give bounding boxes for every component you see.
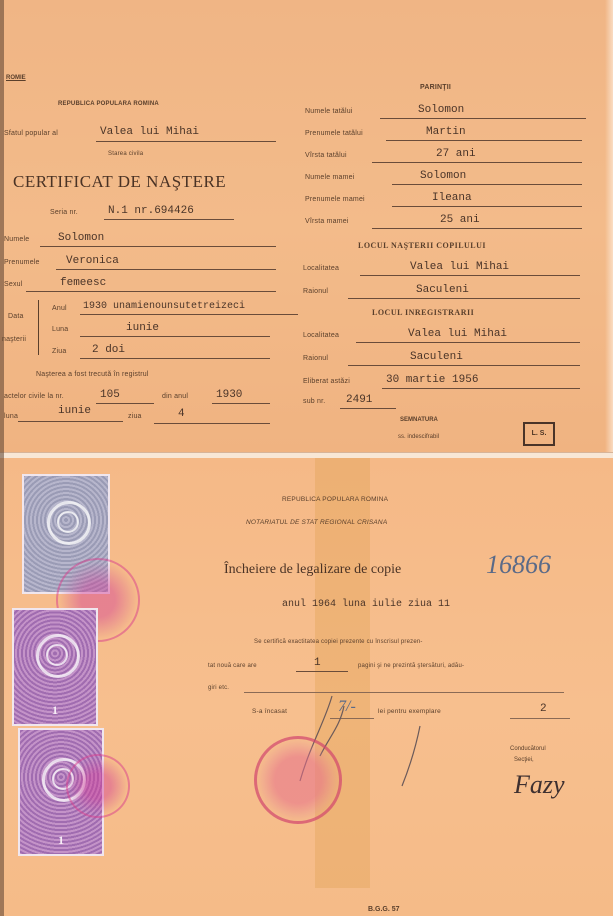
corner-label: ROMIE bbox=[6, 75, 26, 81]
mother-age-value: 25 ani bbox=[440, 214, 480, 226]
birth-place-heading: LOCUL NAŞTERII COPILULUI bbox=[358, 241, 486, 250]
child-first-name-label: Prenumele bbox=[4, 259, 40, 266]
register-month-value: iunie bbox=[58, 405, 91, 417]
council-underline bbox=[96, 141, 276, 142]
birth-certificate: ROMIE REPUBLICA POPULARA ROMINA Sfatul p… bbox=[0, 0, 613, 452]
council-value: Valea lui Mihai bbox=[100, 126, 199, 138]
register-day-value: 4 bbox=[178, 408, 185, 420]
copies-value: 2 bbox=[540, 703, 547, 715]
mother-first-label: Prenumele mamei bbox=[305, 196, 365, 203]
revenue-stamp-2: 1 bbox=[12, 608, 98, 726]
child-surname-label: Numele bbox=[4, 236, 29, 243]
signature-sub: ss. indescifrabil bbox=[398, 434, 439, 440]
father-age-label: Vîrsta tatălui bbox=[305, 152, 347, 159]
child-sex-value: femeesc bbox=[60, 277, 106, 289]
series-label: Seria nr. bbox=[50, 209, 78, 216]
registration-locality-label: Localitatea bbox=[303, 332, 339, 339]
birth-month-label: Luna bbox=[52, 326, 68, 333]
register-month-underline bbox=[18, 421, 123, 422]
issued-number-label: sub nr. bbox=[303, 398, 325, 405]
register-year-label: din anul bbox=[162, 393, 188, 400]
series-value: N.1 nr.694426 bbox=[108, 205, 194, 217]
legalization-body-line-2-start: tat nouă care are bbox=[208, 663, 257, 669]
register-number-underline bbox=[96, 403, 154, 404]
scan-edge-left bbox=[0, 0, 4, 916]
issued-number-underline bbox=[340, 408, 396, 409]
legalization-title: Încheiere de legalizare de copie bbox=[224, 562, 401, 578]
official-seal-icon bbox=[254, 736, 342, 824]
birth-year-label: Anul bbox=[52, 305, 67, 312]
seal-mark-box: L. S. bbox=[523, 422, 555, 446]
father-age-underline bbox=[372, 162, 582, 163]
register-label: actelor civile la nr. bbox=[4, 393, 64, 400]
register-day-underline bbox=[154, 423, 270, 424]
mother-first-value: Ileana bbox=[432, 192, 472, 204]
mother-surname-underline bbox=[392, 184, 582, 185]
notary-label-1: Conducătorul bbox=[510, 746, 546, 752]
series-underline bbox=[104, 219, 234, 220]
birth-locality-value: Valea lui Mihai bbox=[410, 261, 509, 273]
child-surname-value: Solomon bbox=[58, 232, 104, 244]
registration-sentence: Naşterea a fost trecută în registrul bbox=[36, 371, 149, 378]
father-first-underline bbox=[386, 140, 582, 141]
registration-locality-value: Valea lui Mihai bbox=[408, 328, 507, 340]
child-first-name-value: Veronica bbox=[66, 255, 119, 267]
legalization-notary: NOTARIATUL DE STAT REGIONAL CRISANA bbox=[246, 519, 387, 526]
birth-date-group-label-1: Data bbox=[8, 313, 24, 320]
cancel-postmark-icon bbox=[66, 754, 130, 818]
birth-date-bracket bbox=[38, 300, 39, 355]
notary-signature: Fazy bbox=[514, 770, 565, 800]
birth-date-group-label-2: naşterii bbox=[2, 336, 26, 343]
register-year-underline bbox=[212, 403, 270, 404]
certificate-title: CERTIFICAT DE NAŞTERE bbox=[13, 172, 226, 192]
civil-status-label: Starea civila bbox=[108, 151, 143, 157]
issued-number-value: 2491 bbox=[346, 394, 372, 406]
register-number: 105 bbox=[100, 389, 120, 401]
mother-first-underline bbox=[392, 206, 582, 207]
birth-day-value: 2 doi bbox=[92, 344, 125, 356]
signature-label: SEMNATURA bbox=[400, 417, 438, 423]
issued-label: Eliberat astăzi bbox=[303, 378, 350, 385]
father-age-value: 27 ani bbox=[436, 148, 476, 160]
birth-locality-underline bbox=[360, 275, 580, 276]
stamp-value: 1 bbox=[14, 703, 96, 718]
father-surname-label: Numele tatălui bbox=[305, 108, 353, 115]
pages-value: 1 bbox=[314, 657, 321, 669]
birth-year-underline bbox=[80, 314, 298, 315]
registration-district-label: Raionul bbox=[303, 355, 328, 362]
mother-age-underline bbox=[372, 228, 582, 229]
issued-value: 30 martie 1956 bbox=[386, 374, 478, 386]
council-label: Sfatul popular al bbox=[4, 130, 58, 137]
birth-month-value: iunie bbox=[126, 322, 159, 334]
stamp-inner-ring-icon bbox=[57, 511, 79, 533]
legalization-republic: REPUBLICA POPULARA ROMINA bbox=[282, 496, 388, 503]
birth-district-label: Raionul bbox=[303, 288, 328, 295]
birth-year-value: 1930 unamienounsutetreizeci bbox=[83, 301, 245, 312]
register-month-label: luna bbox=[4, 413, 18, 420]
legalization-body-line-1: Se certifică exactitatea copiei prezente… bbox=[254, 639, 423, 645]
mother-surname-value: Solomon bbox=[420, 170, 466, 182]
father-first-label: Prenumele tatălui bbox=[305, 130, 363, 137]
birth-locality-label: Localitatea bbox=[303, 265, 339, 272]
child-sex-underline bbox=[26, 291, 276, 292]
legalization-body-line-2-end: pagini şi ne prezintă ştersături, adău- bbox=[358, 663, 464, 669]
father-first-value: Martin bbox=[426, 126, 466, 138]
footer-code: B.G.G. 57 bbox=[368, 906, 400, 913]
legalization-date-line: anul 1964 luna iulie ziua 11 bbox=[282, 599, 450, 610]
mother-surname-label: Numele mamei bbox=[305, 174, 354, 181]
issued-underline bbox=[382, 388, 580, 389]
birth-district-underline bbox=[348, 298, 580, 299]
legalization-body-line-3: giri etc. bbox=[208, 685, 229, 691]
registration-district-value: Saculeni bbox=[410, 351, 463, 363]
registration-place-heading: LOCUL INREGISTRARII bbox=[372, 308, 474, 317]
birth-day-underline bbox=[80, 358, 270, 359]
pages-underline bbox=[296, 671, 348, 672]
child-first-name-underline bbox=[56, 269, 276, 270]
child-surname-underline bbox=[40, 246, 276, 247]
legalization-certificate: REPUBLICA POPULARA ROMINA NOTARIATUL DE … bbox=[0, 458, 613, 916]
registration-locality-underline bbox=[356, 342, 580, 343]
scan-edge-right bbox=[605, 0, 613, 452]
register-day-label: ziua bbox=[128, 413, 142, 420]
register-year-value: 1930 bbox=[216, 389, 242, 401]
stamp-value: 1 bbox=[20, 833, 102, 848]
republic-header: REPUBLICA POPULARA ROMINA bbox=[58, 101, 159, 107]
parents-heading: PARINŢII bbox=[420, 84, 451, 91]
registration-district-underline bbox=[348, 365, 580, 366]
birth-month-underline bbox=[80, 336, 270, 337]
mother-age-label: Vîrsta mamei bbox=[305, 218, 349, 225]
child-sex-label: Sexul bbox=[4, 281, 23, 288]
notary-label-2: Secţiei, bbox=[514, 757, 534, 763]
copies-underline bbox=[510, 718, 570, 719]
birth-district-value: Saculeni bbox=[416, 284, 469, 296]
father-surname-underline bbox=[380, 118, 586, 119]
legalization-number: 16866 bbox=[486, 550, 551, 580]
father-surname-value: Solomon bbox=[418, 104, 464, 116]
birth-day-label: Ziua bbox=[52, 348, 66, 355]
